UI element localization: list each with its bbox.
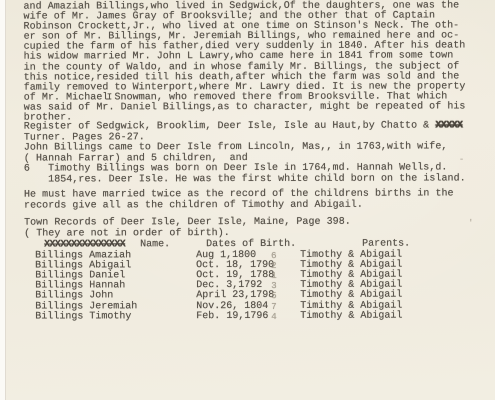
pencil-birth-order: 5 xyxy=(271,291,276,301)
paragraph-register-citation: Register of Sedgwick, Brooklim, Deer Isl… xyxy=(24,121,466,186)
overstruck-word: XXXXXXXXXXXXXXX xyxy=(44,240,125,250)
scanned-document-page: and Amaziah Billings,who lived in Sedgwi… xyxy=(0,0,495,400)
birth-date: Feb. 19,1796 xyxy=(196,312,268,322)
column-header-parents: Parents. xyxy=(362,240,410,250)
typewritten-text-layer: and Amaziah Billings,who lived in Sedgwi… xyxy=(0,0,495,400)
parents: Timothy & Abigail xyxy=(300,311,402,321)
pencil-birth-order: 7 xyxy=(271,301,276,311)
text-line: Register of Sedgwick, Brooklim, Deer Isl… xyxy=(24,121,466,133)
pencil-birth-order: 4 xyxy=(271,312,276,322)
column-header-dates: Dates of Birth. xyxy=(206,240,296,250)
text-line: records give all as the children of Timo… xyxy=(24,200,454,212)
paragraph-married-note: He must have married twice as the record… xyxy=(24,189,454,211)
overstruck-word: XXXXX xyxy=(435,120,462,131)
paragraph-biography: and Amaziah Billings,who lived in Sedgwi… xyxy=(23,1,465,123)
births-table: XXXXXXXXXXXXXXX Name. Dates of Birth. Pa… xyxy=(0,239,495,322)
pencil-birth-order: 1 xyxy=(271,271,276,281)
stray-ink-mark: I xyxy=(107,92,112,102)
text-line: 1854,res. Deer Isle. He was the first wh… xyxy=(24,174,466,186)
text-line: was said of Mr. Daniel Billings,as to ch… xyxy=(24,102,466,113)
column-header-name: Name. xyxy=(140,240,170,250)
child-name: Billings Timothy xyxy=(35,312,131,322)
paragraph-town-records: Town Records of Deer Isle, Deer Isle, Ma… xyxy=(24,218,351,240)
stray-pencil-mark: - xyxy=(459,154,464,164)
register-line-text: Register of Sedgwick, Brooklim, Deer Isl… xyxy=(24,121,435,133)
table-row: Billings Timothy Feb. 19,1796 4 Timothy … xyxy=(0,311,495,322)
stray-pencil-mark: ' xyxy=(468,218,473,228)
text-line: ( They are not in order of birth). xyxy=(24,228,351,239)
